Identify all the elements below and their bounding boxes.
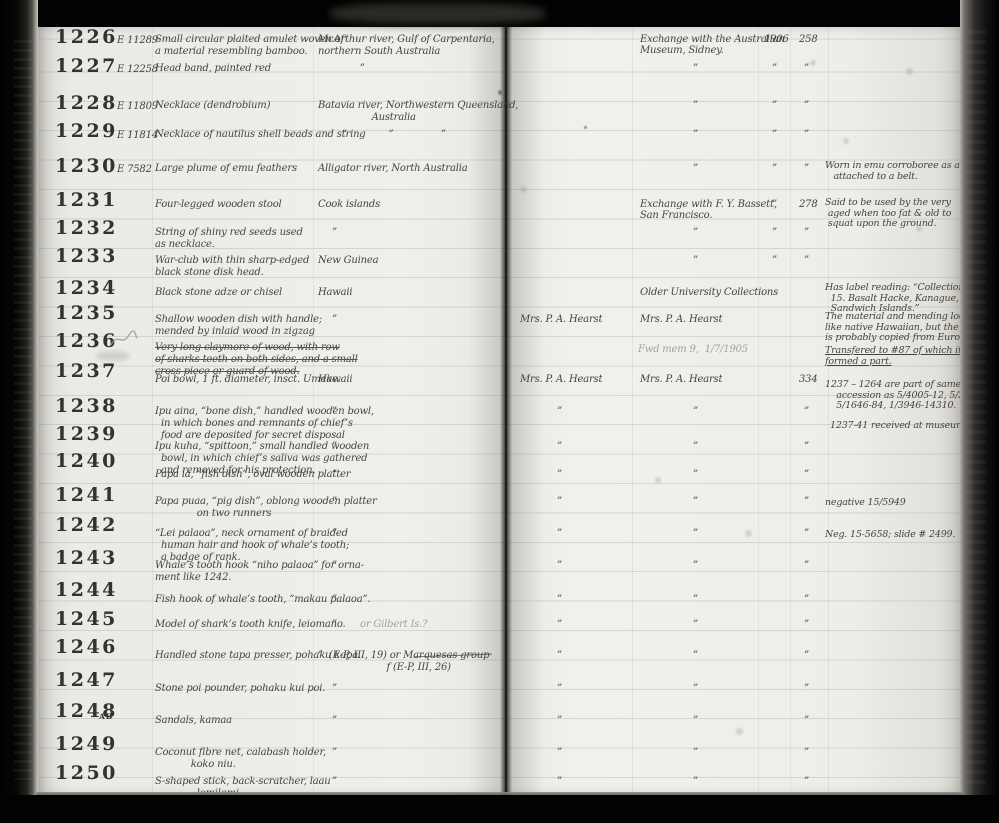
entry-number: 1245 bbox=[55, 610, 118, 629]
description-line: Stone poi pounder, pohaku kui poi. bbox=[155, 683, 325, 695]
locality-line: New Guinea bbox=[318, 255, 378, 267]
entry-number: 1238 bbox=[55, 397, 118, 416]
year-ditto: ” bbox=[764, 129, 777, 141]
collector-ditto: ” bbox=[520, 594, 562, 606]
description-line: Head band, painted red bbox=[155, 63, 271, 75]
locality-ditto: ” bbox=[318, 560, 337, 572]
column-rule bbox=[790, 27, 791, 795]
accession-number: 278 bbox=[799, 199, 818, 211]
description-line: Necklace (dendrobium) bbox=[155, 100, 270, 112]
donor-ditto: ” bbox=[640, 594, 698, 606]
collector-ditto: ” bbox=[520, 528, 562, 540]
accession-ditto: ” bbox=[799, 715, 809, 727]
collector-ditto: ” bbox=[520, 496, 562, 508]
pencil-smudge bbox=[96, 351, 130, 361]
remark-line: 1237 – 1264 are part of same bbox=[825, 380, 961, 391]
year-ditto: ” bbox=[764, 100, 777, 112]
donor-ditto: ” bbox=[640, 683, 698, 695]
locality-line: ” (E-P, III, 19) or Marquesas group bbox=[318, 650, 489, 662]
accession-ditto: ” bbox=[799, 594, 809, 606]
entry-number: 1239 bbox=[55, 425, 118, 444]
donor-ditto: ” bbox=[640, 776, 698, 788]
donor-ditto: ” bbox=[640, 441, 698, 453]
dust-speck bbox=[745, 530, 752, 537]
entry-number: 1243 bbox=[55, 549, 118, 568]
entry-number: 1232 bbox=[55, 219, 118, 238]
locality-line: McArthur river, Gulf of Carpentaria, bbox=[318, 34, 495, 46]
donor-pencil-note: Fwd mem 9, 1/7/1905 bbox=[638, 344, 748, 356]
description-line: koko niu. bbox=[155, 759, 236, 771]
entry-number: 1246 bbox=[55, 638, 118, 657]
dust-speck bbox=[810, 60, 816, 66]
remark-line: negative 15/5949 bbox=[825, 498, 906, 509]
description-line: Four-legged wooden stool bbox=[155, 199, 282, 211]
donor-ditto: ” bbox=[640, 100, 698, 112]
remark-line: Said to be used by the very bbox=[825, 198, 951, 209]
description-line: War-club with thin sharp-edged bbox=[155, 255, 309, 267]
collector-name: Mrs. P. A. Hearst bbox=[520, 374, 602, 386]
entry-number: 1229 bbox=[55, 122, 118, 141]
description-line: Coconut fibre net, calabash holder, bbox=[155, 747, 326, 759]
year-ditto: ” bbox=[764, 255, 777, 267]
locality-line: ” bbox=[318, 63, 365, 75]
description-line: Large plume of emu feathers bbox=[155, 163, 297, 175]
locality-line: f (E-P, III, 26) bbox=[318, 662, 451, 674]
donor-line: San Francisco. bbox=[640, 210, 712, 222]
dust-speck bbox=[916, 226, 922, 232]
locality-line: northern South Australia bbox=[318, 46, 440, 58]
description-line: Papa puaa, “pig dish”, oblong wooden pla… bbox=[155, 496, 377, 508]
accession-ditto: ” bbox=[799, 227, 809, 239]
photo-edge-bottom bbox=[0, 795, 999, 823]
remark-line: formed a part. bbox=[825, 357, 892, 368]
description-line: human hair and hook of whale’s tooth; bbox=[155, 540, 349, 552]
entry-number: 1244 bbox=[55, 581, 118, 600]
accession-ditto: ” bbox=[799, 776, 809, 788]
dust-speck bbox=[906, 68, 913, 75]
ledger-photo: 1226E 11289Small circular plaited amulet… bbox=[0, 0, 999, 823]
description-line: Ipu kuha, “spittoon,” small handled wood… bbox=[155, 441, 369, 453]
donor-ditto: ” bbox=[640, 747, 698, 759]
year-ditto: ” bbox=[764, 63, 777, 75]
description-line: ment like 1242. bbox=[155, 572, 231, 584]
entry-number: 1228 bbox=[55, 94, 118, 113]
page-edge-texture-right bbox=[966, 30, 986, 790]
locality-ditto: ” bbox=[318, 776, 337, 788]
locality-ditto: ” bbox=[318, 594, 337, 606]
dust-speck bbox=[655, 477, 661, 483]
accession-ditto: ” bbox=[799, 619, 809, 631]
donor-ditto: ” bbox=[640, 469, 698, 481]
accession-ditto: ” bbox=[799, 255, 809, 267]
donor-ditto: ” bbox=[640, 63, 698, 75]
locality-ditto: ” bbox=[318, 469, 337, 481]
entry-number: 1233 bbox=[55, 247, 118, 266]
donor-line: Older University Collections bbox=[640, 287, 778, 299]
description-line: on two runners bbox=[155, 508, 271, 520]
ink-spot bbox=[584, 126, 587, 129]
dust-speck bbox=[843, 138, 849, 144]
donor-ditto: ” bbox=[640, 715, 698, 727]
accession-ditto: ” bbox=[799, 650, 809, 662]
entry-number: 1235 bbox=[55, 304, 118, 323]
year-ditto: ” bbox=[764, 163, 777, 175]
description-line: as necklace. bbox=[155, 239, 215, 251]
entry-number: 1241 bbox=[55, 486, 118, 505]
dust-speck bbox=[736, 728, 743, 735]
description-line: a material resembling bamboo. bbox=[155, 46, 307, 58]
description-line: Sandals, kamaa bbox=[155, 715, 232, 727]
donor-ditto: ” bbox=[640, 619, 698, 631]
accession-year: 1906 bbox=[764, 34, 789, 46]
accession-ditto: ” bbox=[799, 129, 809, 141]
collector-ditto: ” bbox=[520, 560, 562, 572]
locality-ditto: ” bbox=[318, 528, 337, 540]
locality-line: Australia bbox=[318, 112, 416, 124]
description-line: in which bones and remnants of chief’s bbox=[155, 418, 353, 430]
remark-line: 5/1646-84, 1/3946-14310. bbox=[825, 401, 956, 412]
donor-ditto: ” bbox=[640, 528, 698, 540]
entry-number-suffix: AB bbox=[99, 712, 113, 721]
locality-ditto: ” bbox=[318, 496, 337, 508]
entry-number: 1230 bbox=[55, 157, 118, 176]
description-line: Black stone adze or chisel bbox=[155, 287, 282, 299]
locality-pencil-note: or Gilbert Is.? bbox=[360, 619, 427, 631]
locality-ditto: ” bbox=[318, 406, 337, 418]
locality-line: Alligator river, North Australia bbox=[318, 163, 467, 175]
accession-ditto: ” bbox=[799, 441, 809, 453]
collector-ditto: ” bbox=[520, 747, 562, 759]
description-line: Ipu aina, “bone dish,” handled wooden bo… bbox=[155, 406, 374, 418]
page-top-edges bbox=[330, 3, 545, 24]
entry-number: 1231 bbox=[55, 191, 118, 210]
accession-ditto: ” bbox=[799, 496, 809, 508]
accession-ditto: ” bbox=[799, 683, 809, 695]
accession-ditto: ” bbox=[799, 747, 809, 759]
locality-ditto: ” bbox=[318, 715, 337, 727]
accession-number: 334 bbox=[799, 374, 818, 386]
description-line: Model of shark’s tooth knife, leiomano. bbox=[155, 619, 346, 631]
year-ditto: ” bbox=[764, 199, 777, 211]
locality-ditto: ” bbox=[318, 683, 337, 695]
description-line: Small circular plaited amulet woven of bbox=[155, 34, 344, 46]
description-line: S-shaped stick, back-scratcher, laau bbox=[155, 776, 330, 788]
pencil-mark bbox=[110, 330, 138, 350]
ink-spot bbox=[498, 90, 502, 95]
donor-ditto: ” bbox=[640, 560, 698, 572]
description-line: of sharks teeth on both sides, and a sma… bbox=[155, 354, 358, 366]
description-line: black stone disk head. bbox=[155, 267, 264, 279]
old-catalog-number: E 11289 bbox=[117, 35, 158, 47]
old-catalog-number: E 11814 bbox=[117, 130, 158, 142]
dust-speck bbox=[520, 186, 527, 193]
donor-ditto: ” bbox=[640, 406, 698, 418]
locality-line: Cook islands bbox=[318, 199, 380, 211]
book-gutter-fold bbox=[505, 27, 507, 795]
old-catalog-number: E 11809 bbox=[117, 101, 158, 113]
donor-ditto: ” bbox=[640, 496, 698, 508]
collector-name: Mrs. P. A. Hearst bbox=[520, 314, 602, 326]
description-line: bowl, in which chief’s saliva was gather… bbox=[155, 453, 367, 465]
entry-number: 1226 bbox=[55, 28, 118, 47]
old-catalog-number: E 12258 bbox=[117, 64, 158, 76]
locality-line: Hawaii bbox=[318, 374, 352, 386]
locality-line: ” ” ” bbox=[318, 129, 446, 141]
locality-line: Batavia river, Northwestern Queensland, bbox=[318, 100, 518, 112]
remark-line: attached to a belt. bbox=[825, 172, 918, 183]
accession-ditto: ” bbox=[799, 100, 809, 112]
remark-line: The material and mending look bbox=[825, 312, 970, 323]
accession-ditto: ” bbox=[799, 163, 809, 175]
entry-number: 1237 bbox=[55, 362, 118, 381]
entry-number: 1227 bbox=[55, 57, 118, 76]
description-line: Poi bowl, 1 ft. diameter, insct. Umeke. bbox=[155, 374, 341, 386]
accession-ditto: ” bbox=[799, 528, 809, 540]
locality-line: Hawaii bbox=[318, 287, 352, 299]
remark-line: Neg. 15-5658; slide # 2499. bbox=[825, 530, 955, 541]
donor-line: Mrs. P. A. Hearst bbox=[640, 314, 722, 326]
collector-ditto: ” bbox=[520, 441, 562, 453]
description-line: mended by inlaid wood in zigzag bbox=[155, 326, 315, 338]
entry-number: 1240 bbox=[55, 452, 118, 471]
column-rule bbox=[152, 27, 153, 795]
collector-ditto: ” bbox=[520, 619, 562, 631]
collector-ditto: ” bbox=[520, 469, 562, 481]
collector-ditto: ” bbox=[520, 715, 562, 727]
page-edge-texture-left bbox=[14, 40, 32, 780]
donor-ditto: ” bbox=[640, 227, 698, 239]
donor-ditto: ” bbox=[640, 255, 698, 267]
collector-ditto: ” bbox=[520, 776, 562, 788]
donor-line: Mrs. P. A. Hearst bbox=[640, 374, 722, 386]
accession-number: 258 bbox=[799, 34, 818, 46]
column-rule bbox=[758, 27, 759, 795]
locality-ditto: ” bbox=[318, 619, 337, 631]
accession-ditto: ” bbox=[799, 469, 809, 481]
locality-ditto: ” bbox=[318, 227, 337, 239]
old-catalog-number: E 7582 bbox=[117, 164, 152, 176]
entry-number: 1250 bbox=[55, 764, 118, 783]
description-line: Fish hook of whale’s tooth, “makau palao… bbox=[155, 594, 370, 606]
donor-ditto: ” bbox=[640, 129, 698, 141]
remark-line: Worn in emu corroboree as a tail bbox=[825, 161, 977, 172]
locality-ditto: ” bbox=[318, 441, 337, 453]
entry-number: 1247 bbox=[55, 671, 118, 690]
collector-ditto: ” bbox=[520, 406, 562, 418]
accession-ditto: ” bbox=[799, 406, 809, 418]
donor-line: Museum, Sidney. bbox=[640, 45, 723, 57]
description-line: String of shiny red seeds used bbox=[155, 227, 303, 239]
description-line: Shallow wooden dish with handle; bbox=[155, 314, 322, 326]
accession-ditto: ” bbox=[799, 63, 809, 75]
entry-number: 1234 bbox=[55, 279, 118, 298]
year-ditto: ” bbox=[764, 227, 777, 239]
donor-ditto: ” bbox=[640, 163, 698, 175]
collector-ditto: ” bbox=[520, 650, 562, 662]
donor-ditto: ” bbox=[640, 650, 698, 662]
entry-number: 1249 bbox=[55, 735, 118, 754]
column-rule bbox=[632, 27, 633, 795]
locality-ditto: ” bbox=[318, 314, 337, 326]
entry-number: 1242 bbox=[55, 516, 118, 535]
accession-ditto: ” bbox=[799, 560, 809, 572]
description-line: Very long claymore of wood, with row bbox=[155, 342, 340, 354]
entry-number: 1236 bbox=[55, 332, 118, 351]
collector-ditto: ” bbox=[520, 683, 562, 695]
remark-line: Transfered to #87 of which it bbox=[825, 346, 962, 357]
locality-ditto: ” bbox=[318, 747, 337, 759]
